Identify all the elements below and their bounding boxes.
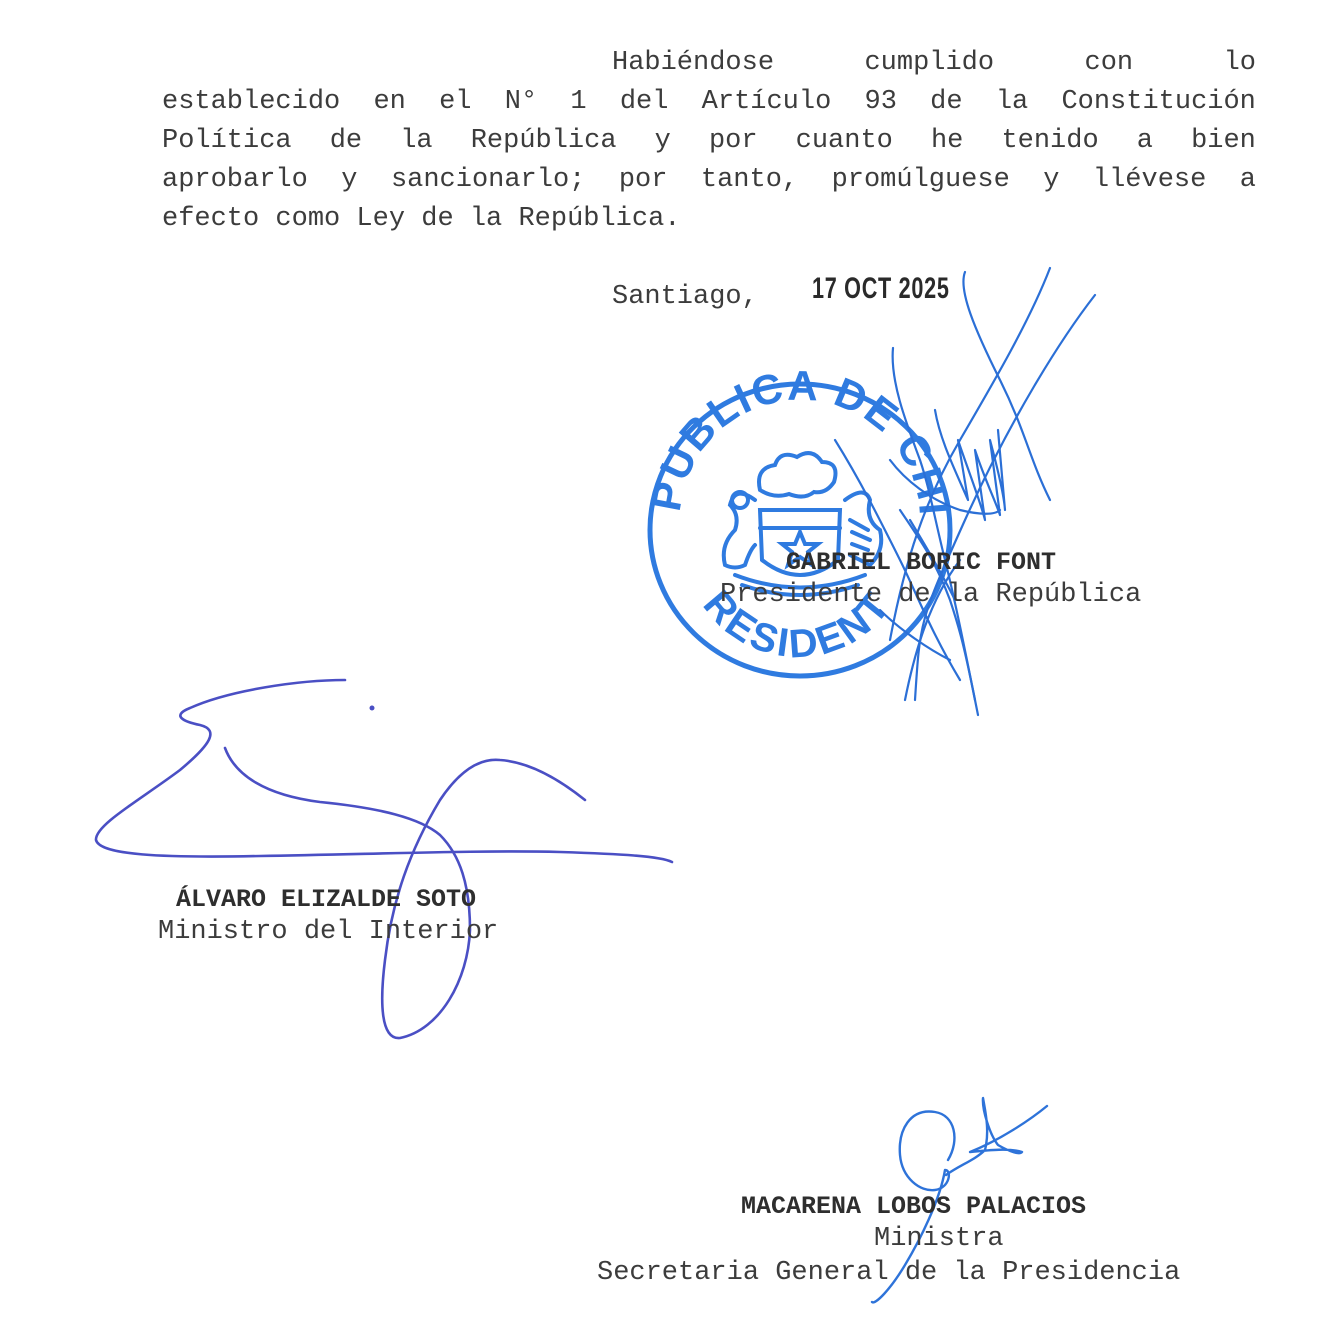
paragraph-word: a	[1137, 122, 1153, 161]
paragraph-line: Habiéndosecumplidoconlo	[612, 44, 1256, 83]
paragraph-word: Habiéndose	[612, 44, 774, 83]
paragraph-word: N°	[505, 83, 537, 122]
paragraph-word: sancionarlo;	[391, 161, 585, 200]
paragraph-word: bien	[1191, 122, 1256, 161]
paragraph-word: del	[620, 83, 669, 122]
signature-elizalde	[96, 680, 672, 1038]
paragraph-word: el	[439, 83, 471, 122]
paragraph-line: aprobarloysancionarlo;portanto,promúlgue…	[162, 161, 1256, 200]
paragraph-word: aprobarlo	[162, 161, 308, 200]
paragraph-word: cumplido	[864, 44, 994, 83]
paragraph-word: la	[996, 83, 1028, 122]
paragraph-word: 1	[570, 83, 586, 122]
paragraph-word: por	[709, 122, 758, 161]
document-page: HabiéndosecumplidoconloestablecidoenelN°…	[0, 0, 1320, 1339]
paragraph-word: 93	[865, 83, 897, 122]
paragraph-word: a	[1240, 161, 1256, 200]
paragraph-word: Política	[162, 122, 292, 161]
signatory-title: Presidente de la República	[720, 576, 1141, 615]
paragraph-line: PolíticadelaRepúblicayporcuantohetenidoa…	[162, 122, 1256, 161]
paragraph-word: y	[655, 122, 671, 161]
signatory-title: Ministro del Interior	[158, 913, 498, 952]
paragraph-word: República	[471, 122, 617, 161]
paragraph-word: la	[400, 122, 432, 161]
paragraph-word: Artículo	[702, 83, 832, 122]
date-stamp: 17 OCT 2025	[812, 272, 950, 306]
paragraph-word: y	[1043, 161, 1059, 200]
paragraph-word: tenido	[1001, 122, 1098, 161]
signatory-title: Secretaria General de la Presidencia	[597, 1254, 1180, 1293]
place-text: Santiago,	[612, 278, 758, 317]
paragraph-word: cuanto	[796, 122, 893, 161]
paragraph-word: de	[930, 83, 962, 122]
paragraph-word: efecto como Ley de la República.	[162, 200, 680, 239]
paragraph-word: llévese	[1093, 161, 1206, 200]
paragraph-word: he	[931, 122, 963, 161]
paragraph-word: con	[1085, 44, 1134, 83]
paragraph-word: lo	[1224, 44, 1256, 83]
paragraph-line: efecto como Ley de la República.	[162, 200, 1256, 239]
paragraph-word: tanto,	[701, 161, 798, 200]
paragraph-word: por	[619, 161, 668, 200]
paragraph-word: Constitución	[1061, 83, 1255, 122]
paragraph-word: de	[330, 122, 362, 161]
paragraph-word: y	[341, 161, 357, 200]
paragraph-word: promúlguese	[832, 161, 1010, 200]
paragraph-line: establecidoenelN°1delArtículo93delaConst…	[162, 83, 1256, 122]
signature-boric	[835, 268, 1095, 715]
paragraph-word: en	[373, 83, 405, 122]
paragraph-word: establecido	[162, 83, 340, 122]
